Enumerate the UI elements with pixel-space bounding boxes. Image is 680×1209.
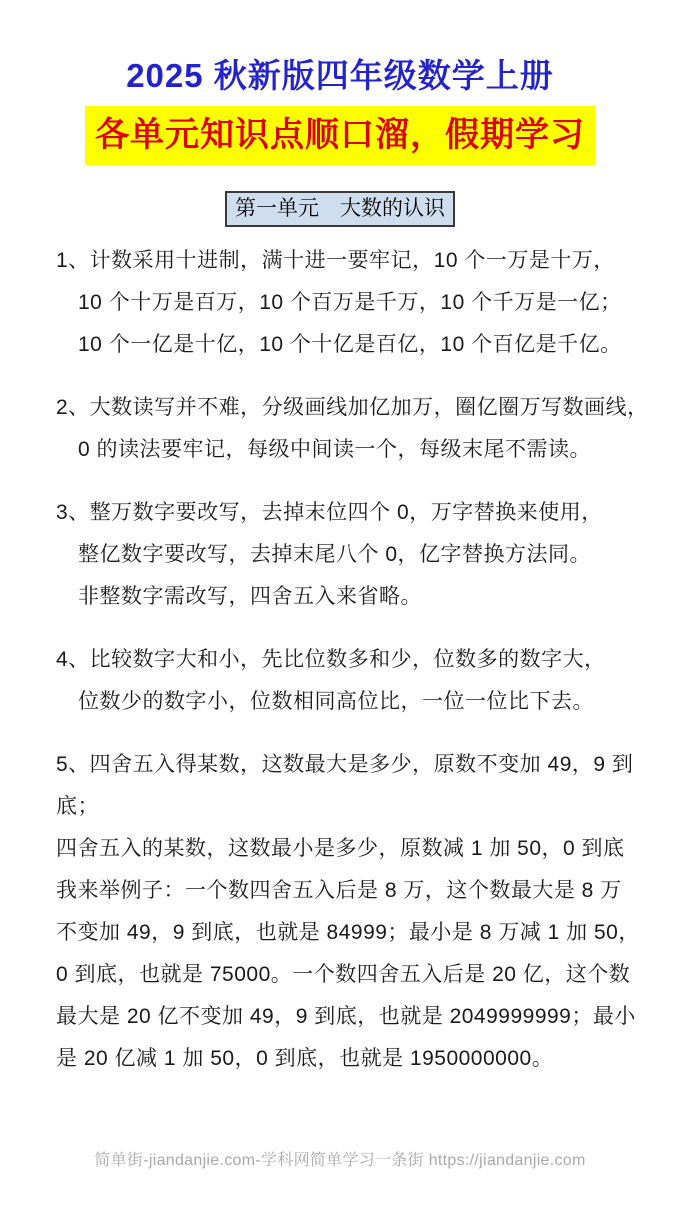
subtitle-highlight: 各单元知识点顺口溜，假期学习: [85, 106, 595, 165]
rhyme-item-3: 3、整万数字要改写，去掉末位四个 0，万字替换来使用， 整亿数字要改写，去掉末尾…: [56, 492, 630, 618]
section-header: 第一单元 大数的认识: [225, 191, 455, 227]
text-line: 位数少的数字小，位数相同高位比，一位一位比下去。: [56, 681, 630, 723]
text-line: 底；: [56, 786, 630, 828]
footer-text: 简单街-jiandanjie.com-学科网简单学习一条街 https://ji…: [0, 1147, 680, 1170]
text-line: 整亿数字要改写，去掉末尾八个 0，亿字替换方法同。: [56, 534, 630, 576]
rhyme-item-4: 4、比较数字大和小，先比位数多和少，位数多的数字大， 位数少的数字小，位数相同高…: [56, 639, 630, 723]
text-line: 非整数字需改写，四舍五入来省略。: [56, 576, 630, 618]
text-line: 不变加 49，9 到底，也就是 84999；最小是 8 万减 1 加 50，: [56, 912, 630, 954]
text-line: 10 个十万是百万，10 个百万是千万，10 个千万是一亿；: [56, 282, 630, 324]
text-line: 0 到底，也就是 75000。一个数四舍五入后是 20 亿，这个数: [56, 954, 630, 996]
text-line: 4、比较数字大和小，先比位数多和少，位数多的数字大，: [56, 639, 630, 681]
text-line: 10 个一亿是十亿，10 个十亿是百亿，10 个百亿是千亿。: [56, 324, 630, 366]
text-line: 四舍五入的某数，这数最小是多少，原数减 1 加 50，0 到底: [56, 828, 630, 870]
text-line: 是 20 亿减 1 加 50，0 到底，也就是 1950000000。: [56, 1038, 630, 1080]
text-line: 1、计数采用十进制，满十进一要牢记，10 个一万是十万，: [56, 240, 630, 282]
text-line: 5、四舍五入得某数，这数最大是多少，原数不变加 49，9 到: [56, 744, 630, 786]
text-line: 我来举例子：一个数四舍五入后是 8 万，这个数最大是 8 万: [56, 870, 630, 912]
text-line: 0 的读法要牢记，每级中间读一个，每级末尾不需读。: [56, 429, 630, 471]
page-title: 2025 秋新版四年级数学上册: [0, 50, 680, 97]
text-line: 3、整万数字要改写，去掉末位四个 0，万字替换来使用，: [56, 492, 630, 534]
rhyme-item-1: 1、计数采用十进制，满十进一要牢记，10 个一万是十万， 10 个十万是百万，1…: [56, 240, 630, 366]
rhyme-item-5: 5、四舍五入得某数，这数最大是多少，原数不变加 49，9 到 底； 四舍五入的某…: [56, 744, 630, 1080]
rhyme-item-2: 2、大数读写并不难，分级画线加亿加万，圈亿圈万写数画线， 0 的读法要牢记，每级…: [56, 387, 630, 471]
body-text: 1、计数采用十进制，满十进一要牢记，10 个一万是十万， 10 个十万是百万，1…: [0, 227, 680, 1080]
text-line: 2、大数读写并不难，分级画线加亿加万，圈亿圈万写数画线，: [56, 387, 630, 429]
text-line: 最大是 20 亿不变加 49，9 到底，也就是 2049999999；最小: [56, 996, 630, 1038]
subtitle-row: 各单元知识点顺口溜，假期学习: [0, 106, 680, 165]
document-page: 2025 秋新版四年级数学上册 各单元知识点顺口溜，假期学习 第一单元 大数的认…: [0, 50, 680, 1080]
section-header-row: 第一单元 大数的认识: [0, 191, 680, 227]
